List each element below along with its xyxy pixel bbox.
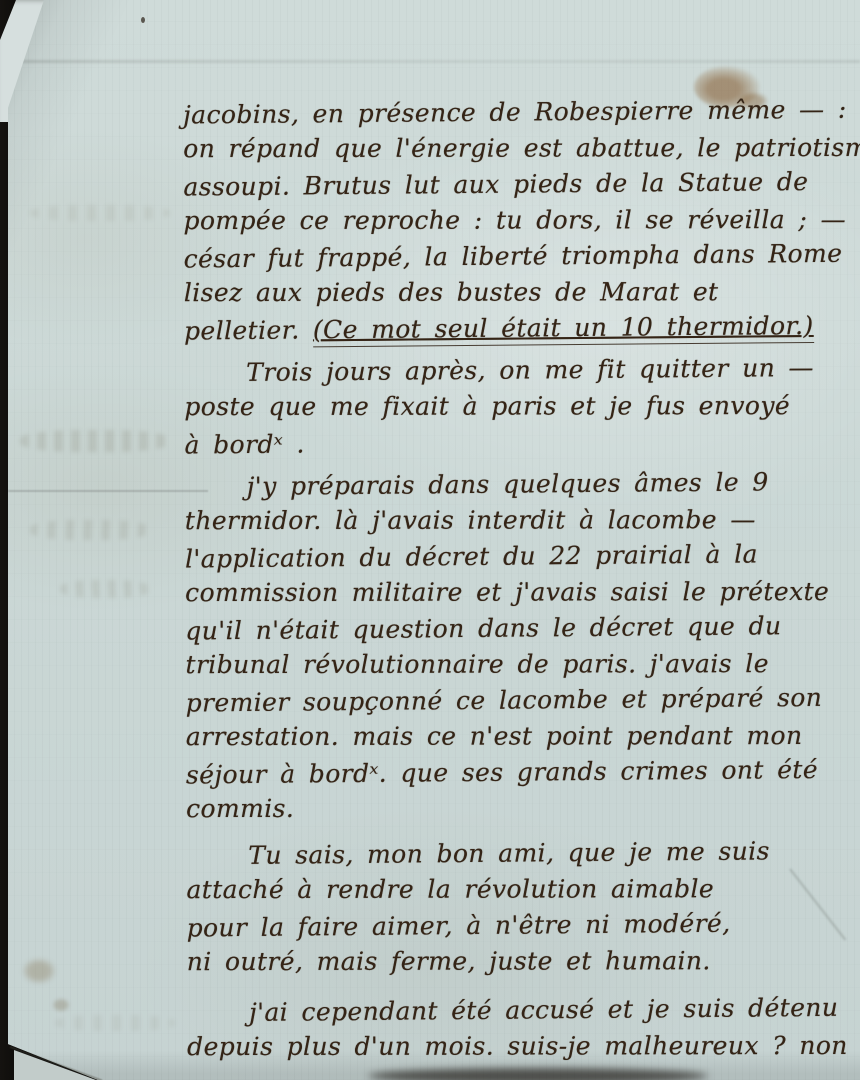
manuscript-line: à bordˣ . [184,422,860,464]
underlined-phrase: (Ce mot seul était un 10 thermidor.) [313,311,814,347]
manuscript-line: l'application du décret du 22 prairial à… [185,536,860,578]
ink-speck [141,17,145,23]
manuscript-line: pour la faire aimer, à n'être ni modéré, [186,905,860,947]
manuscript-line: Tu sais, mon bon ami, que je me suis [186,833,860,875]
manuscript-line: commis. [186,790,860,827]
paper-sheet: jacobins, en présence de Robespierre mêm… [0,0,860,1080]
paragraph-tu-sais: Tu sais, mon bon ami, que je me suis att… [186,834,860,981]
manuscript-line: on répand que l'énergie est abattue, le … [183,130,860,167]
manuscript-line-underlined: pelletier. (Ce mot seul était un 10 ther… [184,308,860,350]
manuscript-line: j'y préparais dans quelques âmes le 9 [185,464,860,506]
ink-bleedthrough [55,1015,175,1031]
horizontal-fold-crease [8,60,860,63]
paragraph-trois-jours: Trois jours après, on me fit quitter un … [184,351,860,462]
manuscript-line: j'ai cependant été accusé et je suis dét… [187,990,860,1032]
line-prefix: pelletier. [184,315,313,345]
bottom-edge-shadow [368,1068,708,1080]
manuscript-line: tribunal révolutionnaire de paris. j'ava… [185,646,860,683]
manuscript-line: lisez aux pieds des bustes de Marat et [184,274,860,311]
ink-bleedthrough [30,205,170,221]
manuscript-line: poste que me fixait à paris et je fus en… [184,388,860,425]
ink-bleedthrough [60,580,150,598]
left-fold-crease [8,490,208,492]
small-stain [22,958,56,984]
paragraph-accuse: j'ai cependant été accusé et je suis dét… [187,991,860,1066]
manuscript-line: thermidor. là j'avais interdit à lacombe… [185,502,860,539]
manuscript-line: ni outré, mais ferme, juste et humain. [187,943,860,980]
handwritten-text-block: jacobins, en présence de Robespierre mêm… [183,93,860,1080]
manuscript-line: pompée ce reproche : tu dors, il se réve… [184,202,860,239]
manuscript-line: depuis plus d'un mois. suis-je malheureu… [187,1028,860,1065]
ink-bleedthrough [30,520,150,540]
manuscript-line: séjour à bordˣ. que ses grands crimes on… [186,752,860,794]
manuscript-line: assoupi. Brutus lut aux pieds de la Stat… [183,164,860,206]
small-stain [52,998,70,1012]
manuscript-line: premier soupçonné ce lacombe et préparé … [185,680,860,722]
manuscript-line: attaché à rendre la révolution aimable [186,871,860,908]
manuscript-line: Trois jours après, on me fit quitter un … [184,350,860,392]
manuscript-line: commission militaire et j'avais saisi le… [185,574,860,611]
paragraph-thermidor: j'y préparais dans quelques âmes le 9 th… [185,465,860,828]
ink-bleedthrough [20,430,170,452]
manuscript-scan: { "document": { "kind": "handwritten let… [0,0,860,1080]
manuscript-line: césar fut frappé, la liberté triompha da… [184,236,860,278]
manuscript-line: jacobins, en présence de Robespierre mêm… [183,92,860,134]
manuscript-line: qu'il n'était question dans le décret qu… [185,608,860,650]
paragraph-jacobins: jacobins, en présence de Robespierre mêm… [183,93,860,348]
manuscript-line: arrestation. mais ce n'est point pendant… [186,718,860,755]
